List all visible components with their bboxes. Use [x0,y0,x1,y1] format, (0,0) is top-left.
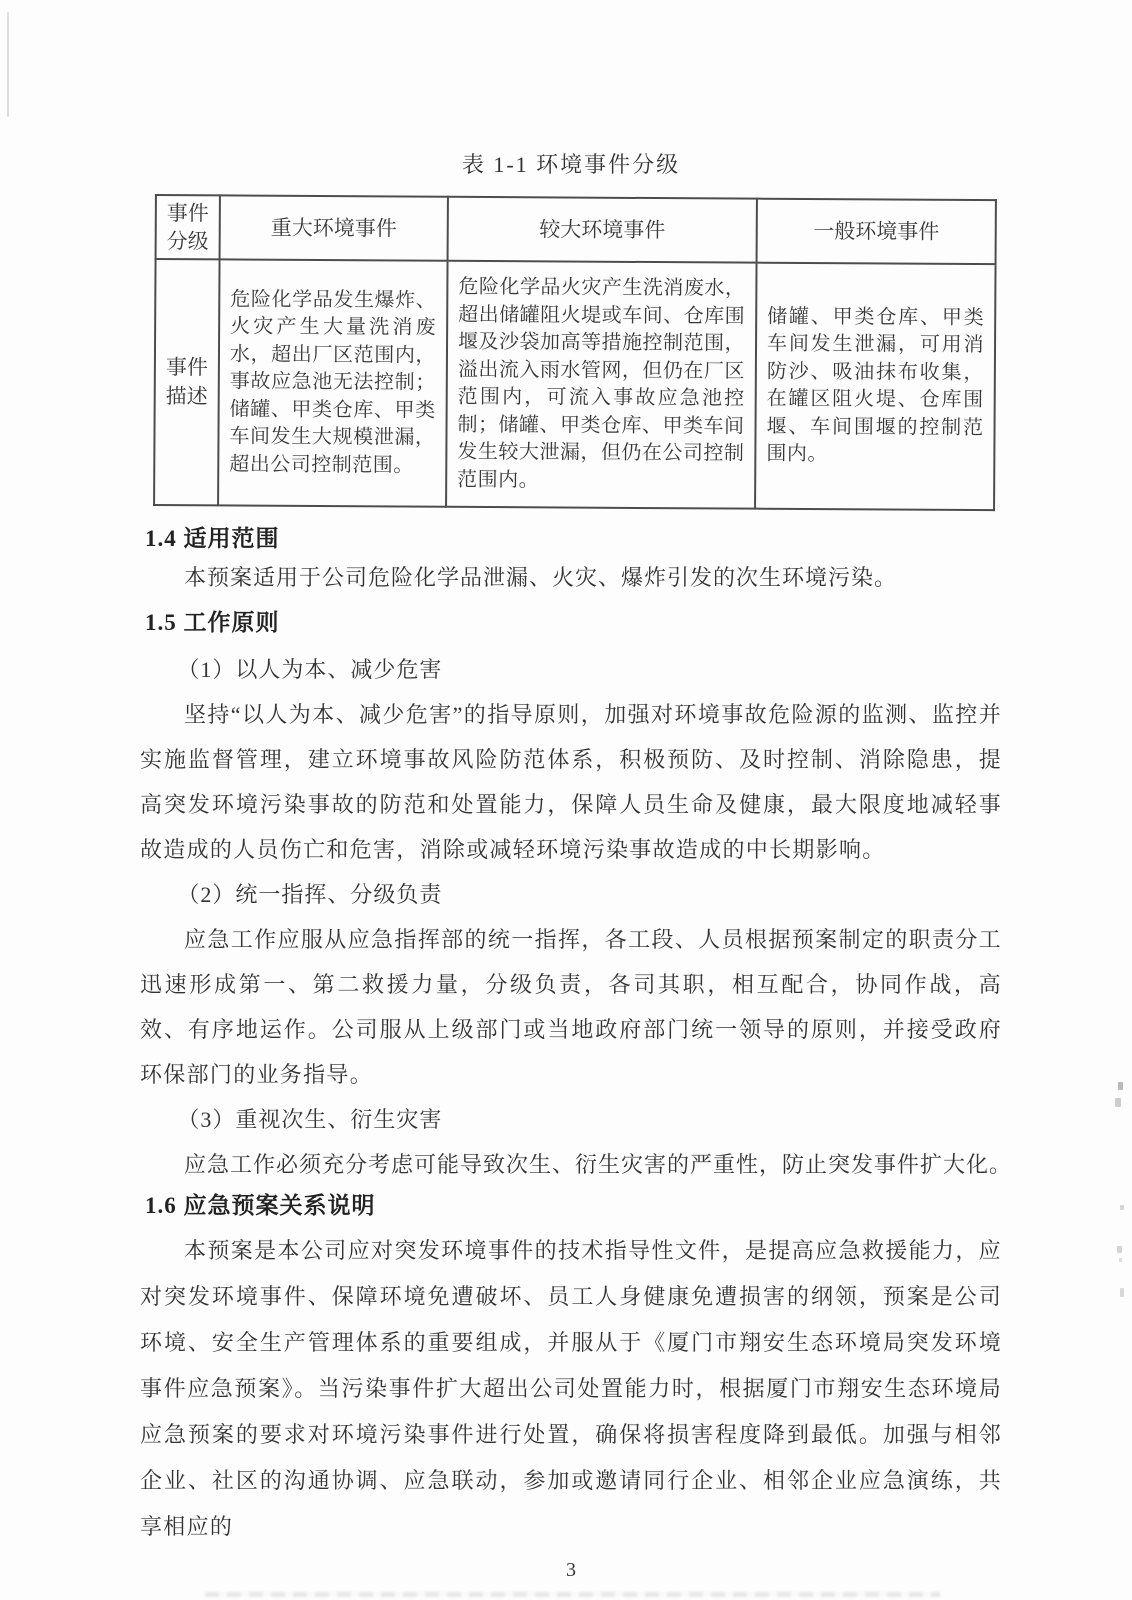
principle-1-body: 坚持“以人为本、减少危害”的指导原则，加强对环境事故危险源的监测、监控并实施监督… [140,692,1002,872]
row-label-line1: 事件 [166,355,208,379]
next-page-bleed-artifact [205,1592,940,1597]
principle-2-body: 应急工作应服从应急指挥部的统一指挥，各工段、人员根据预案制定的职责分工迅速形成第… [140,917,1002,1097]
paragraph-scope: 本预案适用于公司危险化学品泄漏、火灾、爆炸引发的次生环境污染。 [140,555,1002,600]
document-page: 表 1-1 环境事件分级 事件 分级 重大环境事件 较大环境事件 一般环境事件 … [0,0,1132,1600]
table-cell-larger-event: 危险化学品火灾产生洗消废水，超出储罐阻火堤或车间、仓库围堰及沙袋加高等措施控制范… [446,261,756,509]
event-grading-table: 事件 分级 重大环境事件 较大环境事件 一般环境事件 事件 描述 危险化学品发生… [153,194,997,511]
scan-speck-artifact [1120,1288,1124,1297]
principle-2-title: （2）统一指挥、分级负责 [140,872,1002,917]
corner-header-line2: 分级 [167,229,209,253]
section-heading-1-5: 1.5 工作原则 [145,606,1002,639]
principle-3-body: 应急工作必须充分考虑可能导致次生、衍生灾害的严重性，防止突发事件扩大化。 [140,1142,1002,1187]
page-content: 表 1-1 环境事件分级 事件 分级 重大环境事件 较大环境事件 一般环境事件 … [0,0,1132,1582]
scan-speck-artifact [1115,1098,1121,1107]
paragraph-plan-relationship: 本预案是本公司应对突发环境事件的技术指导性文件，是提高应急救援能力，应对突发环境… [140,1228,1002,1550]
table-header-larger: 较大环境事件 [448,197,757,263]
scan-edge-artifact [7,12,9,117]
table-corner-header: 事件 分级 [156,195,220,259]
table-header-major: 重大环境事件 [220,195,448,260]
row-label-line2: 描述 [166,384,208,408]
table-row-label: 事件 描述 [154,259,220,505]
table-header-row: 事件 分级 重大环境事件 较大环境事件 一般环境事件 [156,195,996,264]
page-number: 3 [140,1558,1002,1582]
principle-3-title: （3）重视次生、衍生灾害 [140,1097,1002,1142]
corner-header-line1: 事件 [167,201,209,225]
scan-speck-artifact [1119,1258,1122,1262]
table-cell-major-event: 危险化学品发生爆炸、火灾产生大量洗消废水，超出厂区范围内，事故应急池无法控制；储… [218,259,447,506]
section-heading-1-4: 1.4 适用范围 [145,522,1002,555]
table-title: 表 1-1 环境事件分级 [140,150,1002,180]
scan-speck-artifact [1117,1246,1122,1253]
scan-speck-artifact [1118,1082,1123,1090]
table-header-general: 一般环境事件 [757,199,996,264]
section-heading-1-6: 1.6 应急预案关系说明 [145,1189,1002,1222]
scan-speck-artifact [1120,1205,1124,1210]
table-body-row: 事件 描述 危险化学品发生爆炸、火灾产生大量洗消废水，超出厂区范围内，事故应急池… [154,259,995,510]
principle-1-title: （1）以人为本、减少危害 [140,647,1002,692]
table-cell-general-event: 储罐、甲类仓库、甲类车间发生泄漏，可用消防沙、吸油抹布收集，在罐区阻火堤、仓库围… [755,263,995,510]
